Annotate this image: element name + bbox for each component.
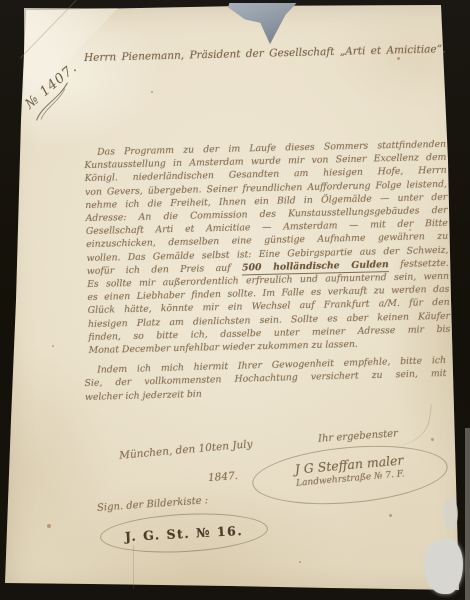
letter-body-paragraph-1: Das Programm zu der im Laufe dieses Somm… (84, 138, 451, 357)
foxing-spot (47, 524, 51, 528)
paper-damage-patch (425, 539, 463, 594)
price-line-post: festsetzte. (389, 258, 449, 270)
foxing-spot (389, 514, 392, 517)
photographed-letter-scan: Herrn Pienemann, Präsident der Gesellsch… (0, 0, 470, 600)
paper-damage-patch-small (443, 498, 458, 530)
foxing-spot (299, 561, 301, 563)
foxing-spot (151, 91, 153, 93)
scan-edge-strip (465, 428, 470, 600)
foxing-spot (52, 345, 54, 347)
paper-scratch (133, 545, 134, 589)
foxing-spot (397, 57, 400, 60)
foxing-spot (431, 438, 434, 441)
date-year-line: 1847. (208, 470, 239, 484)
crate-mark: J. G. St. № 16. (125, 522, 244, 543)
